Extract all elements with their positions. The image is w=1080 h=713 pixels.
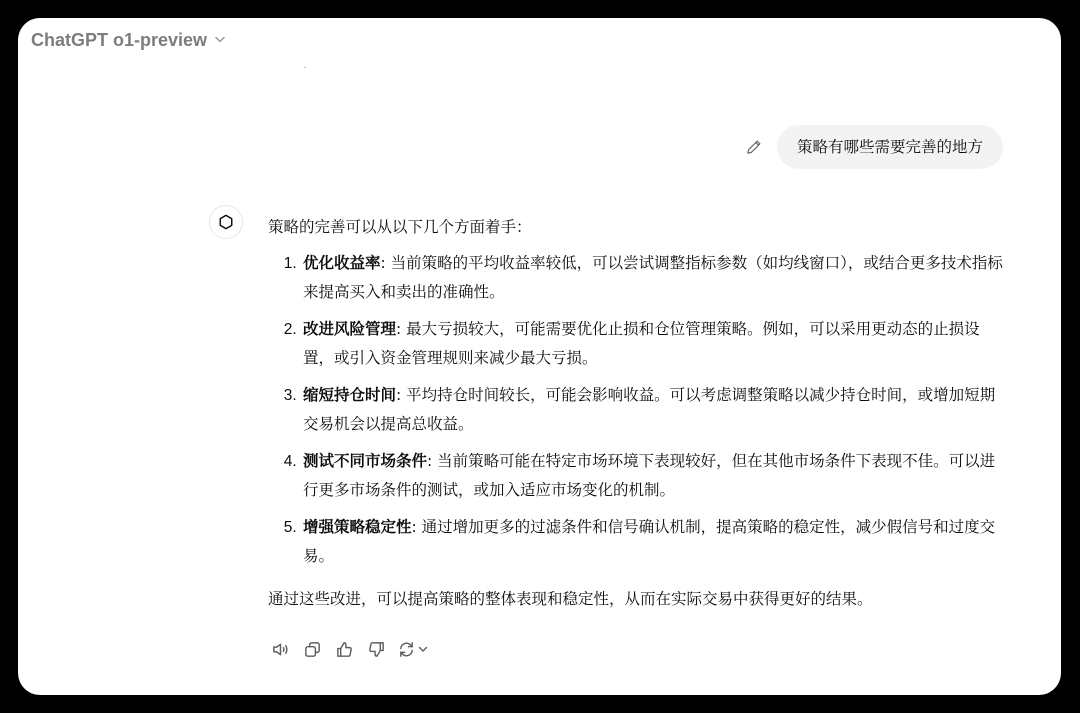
- list-item: 增强策略稳定性: 通过增加更多的过滤条件和信号确认机制，提高策略的稳定性，减少假…: [301, 513, 1003, 571]
- thumbs-up-button[interactable]: [333, 638, 355, 660]
- list-item: 缩短持仓时间: 平均持仓时间较长，可能会影响收益。可以考虑调整策略以减少持仓时间…: [301, 381, 1003, 439]
- refresh-icon: [397, 640, 416, 659]
- message-actions: [269, 638, 429, 660]
- copy-icon: [303, 640, 322, 659]
- regenerate-button[interactable]: [397, 638, 429, 660]
- list-item: 测试不同市场条件: 当前策略可能在特定市场环境下表现较好，但在其他市场条件下表现…: [301, 447, 1003, 505]
- suggestion-list: 优化收益率: 当前策略的平均收益率较低，可以尝试调整指标参数（如均线窗口），或结…: [268, 249, 1003, 571]
- speaker-icon: [271, 640, 290, 659]
- item-title: 增强策略稳定性: [303, 518, 412, 536]
- item-title: 缩短持仓时间: [303, 386, 396, 404]
- thumbs-down-icon: [367, 640, 386, 659]
- chevron-down-icon: [417, 643, 429, 655]
- pencil-icon[interactable]: [745, 138, 763, 156]
- chevron-down-icon: [213, 30, 227, 51]
- divider-mark: [304, 67, 306, 68]
- model-name: ChatGPT o1-preview: [31, 30, 207, 51]
- intro-text: 策略的完善可以从以下几个方面着手：: [268, 213, 1003, 242]
- outro-text: 通过这些改进，可以提高策略的整体表现和稳定性，从而在实际交易中获得更好的结果。: [268, 585, 1003, 614]
- list-item: 改进风险管理: 最大亏损较大，可能需要优化止损和仓位管理策略。例如，可以采用更动…: [301, 315, 1003, 373]
- chat-window: ChatGPT o1-preview 策略有哪些需要完善的地方: [18, 18, 1061, 695]
- copy-button[interactable]: [301, 638, 323, 660]
- list-item: 优化收益率: 当前策略的平均收益率较低，可以尝试调整指标参数（如均线窗口），或结…: [301, 249, 1003, 307]
- user-message-row: 策略有哪些需要完善的地方: [745, 125, 1003, 169]
- assistant-message-content: 策略的完善可以从以下几个方面着手： 优化收益率: 当前策略的平均收益率较低，可以…: [268, 213, 1003, 614]
- item-body: : 平均持仓时间较长，可能会影响收益。可以考虑调整策略以减少持仓时间，或增加短期…: [303, 386, 995, 433]
- openai-logo-icon: [209, 205, 243, 239]
- thumbs-up-icon: [335, 640, 354, 659]
- thumbs-down-button[interactable]: [365, 638, 387, 660]
- model-selector[interactable]: ChatGPT o1-preview: [31, 30, 227, 51]
- user-message-bubble: 策略有哪些需要完善的地方: [777, 125, 1003, 169]
- item-title: 优化收益率: [303, 254, 381, 272]
- item-title: 测试不同市场条件: [303, 452, 427, 470]
- item-body: : 当前策略的平均收益率较低，可以尝试调整指标参数（如均线窗口），或结合更多技术…: [303, 254, 1003, 301]
- item-title: 改进风险管理: [303, 320, 396, 338]
- read-aloud-button[interactable]: [269, 638, 291, 660]
- item-body: : 最大亏损较大，可能需要优化止损和仓位管理策略。例如，可以采用更动态的止损设置…: [303, 320, 980, 367]
